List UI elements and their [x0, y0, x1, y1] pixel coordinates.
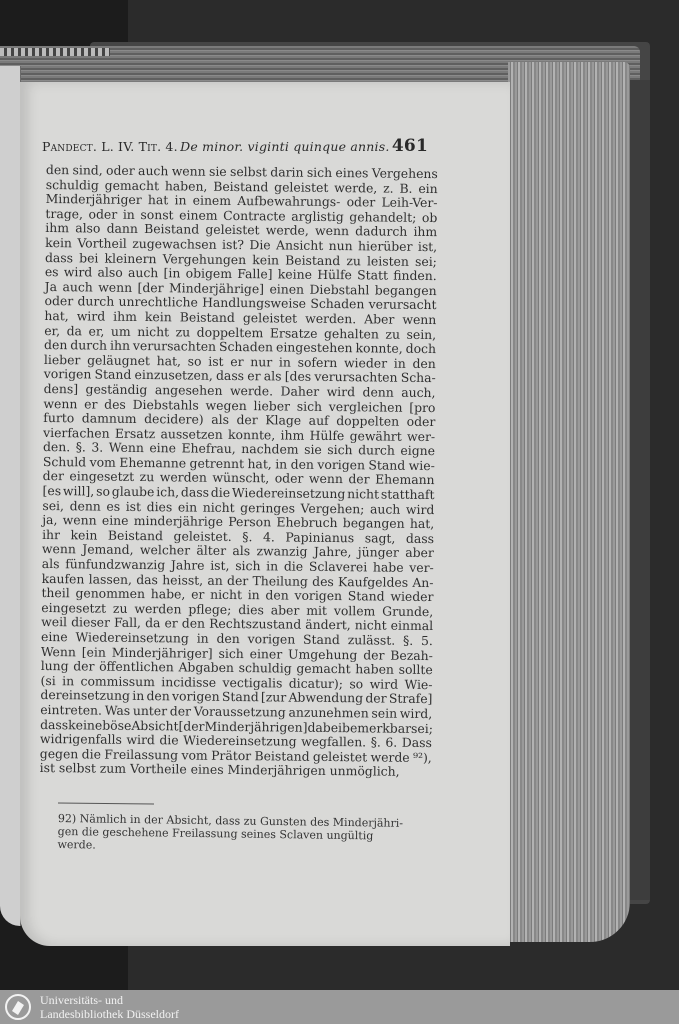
word: wenn	[172, 164, 206, 179]
word: da	[145, 616, 160, 631]
word: Ja	[45, 280, 58, 295]
word: Aber	[364, 312, 394, 327]
word: in	[62, 674, 74, 689]
word: sie	[209, 165, 227, 180]
word: in	[248, 588, 260, 603]
word: Person	[228, 515, 271, 530]
word: als	[211, 413, 229, 428]
word: [des	[285, 370, 312, 385]
word: sei;	[411, 721, 433, 736]
word: die	[284, 560, 303, 575]
word: wegfallen.	[301, 735, 366, 750]
word: angesehen	[155, 383, 223, 398]
word: zu	[140, 470, 155, 485]
word: 6.	[385, 736, 397, 751]
library-name: Universitäts- und Landesbibliothek Düsse…	[40, 993, 179, 1021]
word: doppelten	[336, 414, 399, 429]
word: Was	[105, 704, 131, 719]
word: den	[265, 589, 288, 604]
word: nicht	[210, 588, 242, 603]
word: die	[159, 733, 178, 748]
word: An-	[412, 575, 433, 590]
word: sind,	[72, 163, 102, 178]
word: in	[279, 355, 291, 370]
word: werde.	[230, 384, 273, 399]
word: da	[67, 324, 82, 339]
word: es	[45, 265, 59, 280]
word: anzunehmen	[288, 706, 368, 721]
word: als	[232, 544, 250, 559]
word: furto	[43, 411, 74, 426]
word: zugewachsen	[132, 237, 217, 252]
word: hat,	[410, 517, 434, 532]
word: er,	[44, 324, 60, 339]
word: Sclaverei	[309, 560, 367, 575]
word: in	[394, 356, 406, 371]
word: die	[211, 486, 230, 501]
word: mit	[306, 604, 327, 619]
word: ihn	[110, 339, 130, 354]
word: den	[182, 617, 205, 632]
word: wieder	[390, 590, 433, 605]
word: gemacht	[296, 662, 350, 677]
word: Klage	[265, 413, 301, 428]
word: kein	[45, 236, 72, 251]
running-head-title: De minor. viginti quinque annis.	[180, 139, 389, 154]
running-head-section: Pandect. L. IV. Tit. 4.	[42, 139, 178, 154]
word: ja,	[42, 513, 57, 528]
word: Stand	[368, 458, 405, 473]
word: oder	[106, 164, 135, 179]
word: denn	[362, 385, 393, 400]
word: Falle]	[237, 267, 272, 282]
word: eigne	[400, 444, 435, 459]
word: so	[349, 677, 363, 692]
word: unmöglich,	[330, 764, 400, 779]
word: Abgaben	[178, 661, 234, 676]
word: §.	[403, 634, 413, 649]
word: eine	[102, 514, 129, 529]
word: sich	[297, 399, 322, 414]
word: werden.	[305, 312, 356, 327]
word: hat,	[157, 354, 181, 369]
word: will],	[63, 484, 94, 499]
word: nur	[250, 355, 272, 370]
word: sich	[327, 443, 352, 458]
word: er	[84, 397, 97, 412]
word: wird	[64, 265, 93, 280]
word: hat,	[44, 309, 68, 324]
word: der	[227, 574, 248, 589]
word: den	[216, 632, 239, 647]
word: wird	[77, 309, 106, 324]
word: Minderjährigen	[227, 763, 329, 779]
word: ihm	[45, 221, 69, 236]
word: es	[106, 499, 120, 514]
word: dies	[238, 603, 264, 618]
word: theil	[41, 586, 69, 601]
word: Die	[249, 238, 270, 253]
word: oder	[407, 415, 436, 430]
word: Stand	[348, 589, 385, 604]
word: sich	[235, 559, 260, 574]
word: der	[236, 413, 257, 428]
word: einmal	[391, 619, 434, 634]
word: zu	[176, 325, 191, 340]
word: eines	[335, 166, 368, 181]
word: 5.	[421, 634, 433, 649]
word: ihm	[281, 428, 305, 443]
word: §.	[76, 441, 86, 456]
word: §.	[371, 736, 381, 751]
word: wie-	[409, 459, 435, 474]
word: wenn	[402, 313, 436, 328]
word: darin	[270, 165, 303, 180]
word: damnum	[82, 411, 137, 426]
word: [der	[137, 281, 163, 296]
word: der	[43, 469, 64, 484]
word: keine	[278, 268, 312, 283]
word: B.	[399, 181, 412, 196]
footnote: 92) Nämlich in der Absicht, dass zu Guns…	[57, 812, 438, 856]
word: Ansicht	[276, 238, 323, 253]
word: zu	[385, 327, 400, 342]
word: Leih-Ver-	[381, 196, 437, 211]
word: auf	[309, 414, 329, 429]
word: die	[82, 747, 101, 762]
word: kein	[145, 310, 172, 325]
word: also	[97, 266, 122, 281]
word: wird,	[400, 707, 433, 722]
page-number: 461	[392, 136, 428, 156]
word: in	[132, 689, 144, 704]
word: glaube	[112, 485, 155, 500]
word: Bezah-	[390, 648, 433, 663]
word: eintreten.	[40, 703, 102, 718]
word: z.	[383, 181, 394, 196]
word: ist	[208, 354, 223, 369]
word: [der	[178, 719, 204, 734]
word: des	[312, 574, 334, 589]
word: den	[46, 163, 69, 178]
word: ver-	[409, 561, 434, 576]
word: konnte,	[355, 341, 402, 356]
book-headband	[0, 48, 110, 56]
word: ihm	[413, 225, 437, 240]
word: habe,	[151, 587, 186, 602]
word: nicht	[347, 487, 379, 502]
word: in	[275, 457, 287, 472]
book-logo-icon	[4, 993, 32, 1021]
word: den	[44, 338, 67, 353]
word: in	[197, 632, 209, 647]
word: auch	[138, 164, 168, 179]
word: dass	[216, 369, 244, 384]
word: an	[207, 573, 223, 588]
word: geständig	[85, 382, 147, 397]
word: decidere)	[144, 412, 204, 427]
word: er	[191, 588, 204, 603]
word: der	[170, 704, 191, 719]
word: ist	[126, 500, 141, 515]
word: habe	[373, 560, 404, 575]
word: sollte	[399, 663, 433, 678]
word: ein	[418, 181, 437, 196]
word: ihm	[113, 310, 137, 325]
page-body-text: densind,oderauchwennsieselbstdarinsichei…	[40, 163, 438, 780]
word: vorigen	[294, 589, 342, 604]
word: vorigen	[248, 632, 296, 647]
word: werde,	[266, 224, 309, 239]
word: ihr	[42, 528, 60, 543]
word: nun	[329, 239, 353, 254]
word: wenn	[63, 513, 97, 528]
word: statthaft	[381, 488, 435, 503]
word: [es	[42, 484, 61, 499]
word: Wenn	[109, 441, 144, 456]
word: Hülfe	[317, 268, 352, 283]
word: das	[136, 573, 158, 588]
word: geleistet	[243, 311, 297, 326]
word: Grunde,	[382, 604, 433, 619]
word: durch	[70, 338, 107, 353]
word: Stand	[303, 633, 340, 648]
word: zu	[346, 254, 361, 269]
word: ist,	[210, 559, 229, 574]
word: ob	[422, 211, 438, 226]
word: Vortheil	[77, 236, 127, 251]
word: er	[164, 617, 177, 632]
word: des	[104, 397, 126, 412]
word: den	[146, 689, 169, 704]
word: auch	[128, 266, 158, 281]
word: [ein	[82, 645, 106, 660]
word: zu	[113, 602, 128, 617]
word: der	[73, 660, 94, 675]
word: ich,	[156, 485, 179, 500]
word: eines	[191, 763, 228, 778]
word: eine	[41, 630, 68, 645]
word: Scha-	[401, 371, 436, 386]
word: oder	[44, 294, 73, 309]
word: sich	[218, 646, 243, 661]
word: den	[412, 357, 435, 372]
word: dass	[181, 485, 209, 500]
word: hierüber	[358, 239, 413, 254]
word: den.	[43, 440, 70, 455]
word: der	[348, 473, 369, 488]
word: vom	[181, 748, 207, 763]
word: §.	[242, 530, 252, 545]
word: Beistand	[180, 310, 235, 325]
word: 4.	[263, 530, 275, 545]
word: er	[230, 355, 243, 370]
word: lung	[41, 659, 69, 674]
word: obigem	[186, 267, 233, 282]
word: er,	[88, 324, 104, 339]
library-name-line2: Landesbibliothek Düsseldorf	[40, 1007, 179, 1021]
word: oder	[347, 195, 376, 210]
word: haben	[355, 662, 394, 677]
word: den	[291, 457, 314, 472]
word: zum	[100, 762, 130, 777]
word: der	[363, 648, 384, 663]
word: sie	[304, 443, 322, 458]
word: finden.	[393, 269, 437, 284]
word: sein	[371, 706, 397, 721]
word: als	[42, 557, 60, 572]
word: doch	[406, 342, 436, 357]
word: [zur	[261, 691, 286, 706]
word: ein	[178, 500, 197, 515]
word: in	[123, 208, 135, 223]
word: sich	[307, 166, 332, 181]
library-footer-bar: Universitäts- und Landesbibliothek Düsse…	[0, 990, 679, 1024]
word: durch	[358, 444, 395, 459]
word: schuldig	[239, 661, 292, 676]
word: sei;	[415, 254, 437, 269]
word: zulässt.	[348, 633, 396, 648]
word: lieber	[253, 399, 290, 414]
word: Stand	[95, 368, 132, 383]
word: in	[266, 559, 278, 574]
word: selbst	[59, 762, 100, 777]
word: er	[247, 369, 260, 384]
word: in	[174, 194, 186, 209]
word: unter	[133, 704, 167, 719]
word: bei	[79, 251, 98, 266]
word: hat	[148, 193, 169, 208]
word: also	[75, 222, 100, 237]
word: kein	[70, 528, 97, 543]
word: Vortheile	[130, 762, 191, 777]
word: ist?	[222, 238, 244, 253]
word: Dass	[402, 736, 432, 751]
scan-scene: Pandect. L. IV. Tit. 4. De minor. vigint…	[0, 0, 679, 990]
word: ist	[40, 761, 59, 776]
word: einem	[193, 194, 232, 209]
word: ist,	[418, 240, 437, 255]
facing-page-edge	[0, 66, 21, 926]
word: so	[96, 485, 110, 500]
word: zwanzig	[256, 545, 307, 560]
book-fore-edge	[508, 62, 630, 942]
word: der	[365, 692, 386, 707]
library-name-line1: Universitäts- und	[40, 993, 179, 1007]
running-head: Pandect. L. IV. Tit. 4. De minor. vigint…	[42, 136, 428, 156]
word: 3.	[91, 441, 103, 456]
word: sei,	[42, 499, 64, 514]
word: Statt	[357, 268, 388, 283]
word: wird	[126, 733, 155, 748]
word: kein	[252, 253, 279, 268]
word: selbst	[230, 165, 267, 180]
word: haben,	[165, 179, 208, 194]
word: als	[264, 370, 282, 385]
word: dies	[147, 500, 173, 515]
word: um	[111, 324, 131, 339]
word: Schaden	[219, 340, 273, 355]
word: so	[188, 354, 202, 369]
word: ⁹²),	[413, 751, 432, 766]
word: hat,	[247, 457, 271, 472]
word: werden	[134, 602, 181, 617]
word: dens]	[44, 382, 79, 397]
word: eine	[149, 441, 176, 456]
word: (si	[40, 674, 55, 689]
word: Vergehens	[372, 166, 438, 181]
word: Jahre	[171, 558, 205, 573]
word: wird	[327, 385, 356, 400]
word: auch,	[401, 386, 435, 401]
word: Daher	[280, 384, 319, 399]
word: [in	[164, 266, 181, 281]
